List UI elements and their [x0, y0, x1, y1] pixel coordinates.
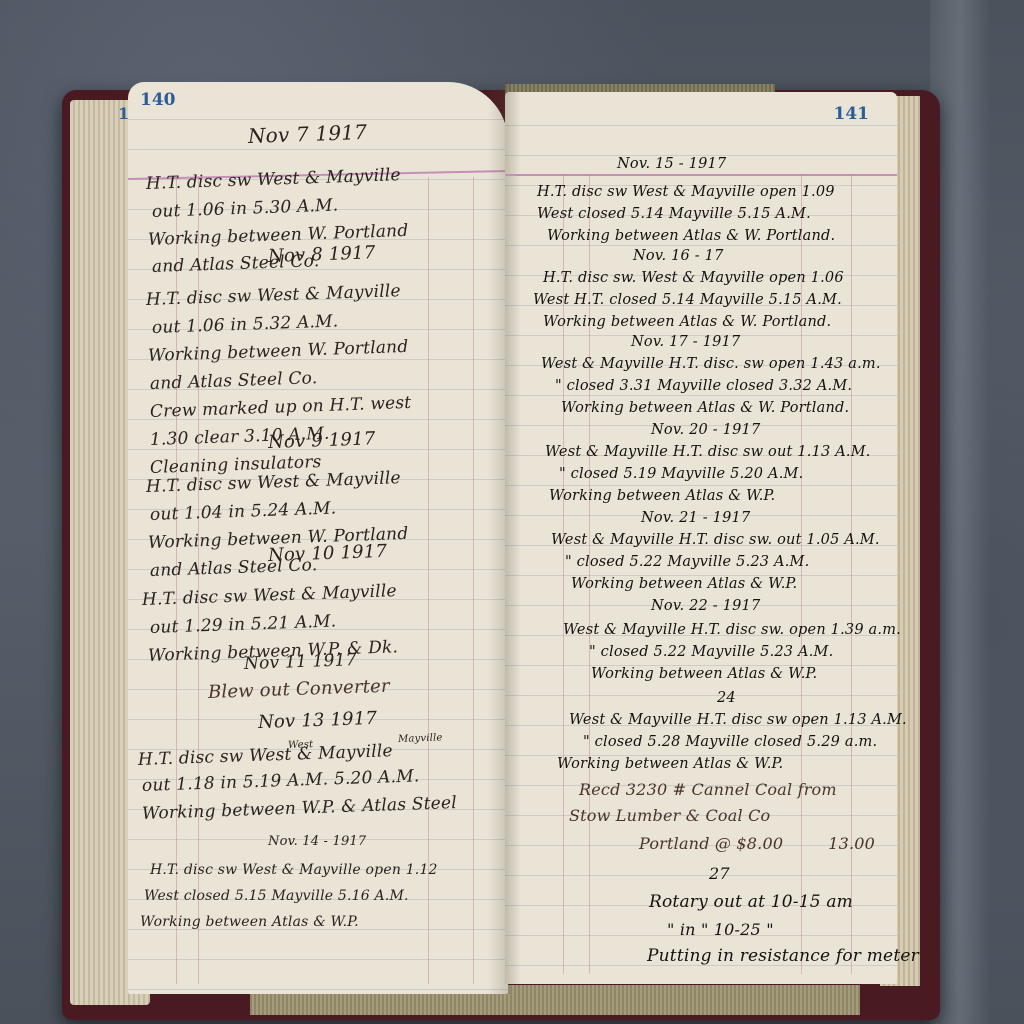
entry-line: out 1.18 in 5.19 A.M. 5.20 A.M.: [142, 766, 420, 796]
entry-line: out 1.06 in 5.30 A.M.: [152, 196, 339, 222]
entry-line: West & Mayville H.T. disc sw. out 1.05 A…: [551, 532, 880, 548]
entry-date: Nov 10 1917: [268, 541, 388, 566]
entry-line: Working between Atlas & W.P.: [140, 914, 359, 930]
entry-date: Nov 7 1917: [248, 120, 368, 148]
entry-line: West & Mayville H.T. disc sw. open 1.39 …: [563, 622, 901, 638]
entry-date: Nov. 15 - 1917: [617, 156, 726, 172]
entry-line: H.T. disc sw West & Mayville: [146, 281, 401, 310]
interlinear-note: Mayville: [398, 732, 443, 745]
entry-line: Working between Atlas & W.P.: [549, 488, 775, 504]
entry-line: Putting in resistance for meter: [647, 946, 919, 966]
entry-line: Working between W.P. & Atlas Steel: [142, 793, 458, 824]
entry-date: Nov. 14 - 1917: [268, 834, 366, 849]
entry-date: 27: [709, 864, 730, 883]
entry-line: " closed 5.22 Mayville 5.23 A.M.: [589, 644, 833, 660]
entry-line: Stow Lumber & Coal Co: [569, 806, 770, 825]
entry-date: Nov 13 1917: [258, 708, 378, 733]
ledger-page-left: 140 Nov 7 1917 H.T. disc sw West & Mayvi…: [128, 82, 508, 994]
entry-date: Nov. 17 - 1917: [631, 334, 740, 350]
entry-date: 24: [717, 690, 736, 706]
entry-line: Working between Atlas & W. Portland.: [543, 314, 831, 330]
entry-line: H.T. disc sw West & Mayville open 1.09: [537, 184, 835, 200]
entry-line: and Atlas Steel Co.: [150, 368, 318, 394]
entry-line: out 1.29 in 5.21 A.M.: [150, 612, 337, 638]
entry-line: West & Mayville H.T. disc sw open 1.13 A…: [569, 712, 907, 728]
entry-line: Recd 3230 # Cannel Coal from: [579, 780, 837, 799]
entry-date: Nov 9 1917: [268, 428, 376, 453]
ledger-page-right: 141 Nov. 15 - 1917 H.T. disc sw West & M…: [505, 92, 897, 984]
entry-line: " closed 5.22 Mayville 5.23 A.M.: [565, 554, 809, 570]
entry-line: " in " 10-25 ": [667, 920, 774, 939]
entry-line: " closed 5.19 Mayville 5.20 A.M.: [559, 466, 803, 482]
entry-date: Nov 8 1917: [268, 242, 376, 267]
entry-line: H.T. disc sw West & Mayville: [146, 165, 401, 194]
entry-line: H.T. disc sw West & Mayville open 1.12: [150, 862, 438, 878]
entry-line: Rotary out at 10-15 am: [649, 892, 853, 912]
entry-line: " closed 5.28 Mayville closed 5.29 a.m.: [583, 734, 877, 750]
amount-rule: [851, 174, 852, 974]
entry-line: Working between Atlas & W.P.: [591, 666, 817, 682]
entry-date: Nov. 16 - 17: [633, 248, 724, 264]
entry-line: West closed 5.14 Mayville 5.15 A.M.: [537, 206, 811, 222]
amount-value: 13.00: [828, 834, 875, 853]
page-number-right: 141: [834, 104, 870, 124]
amount-rule: [473, 177, 474, 984]
interlinear-note: West: [288, 739, 314, 751]
entry-line: West closed 5.15 Mayville 5.16 A.M.: [144, 888, 409, 904]
entry-line: Working between Atlas & W.P.: [557, 756, 783, 772]
entry-date: Nov. 20 - 1917: [651, 422, 760, 438]
entry-line: Portland @ $8.00: [639, 834, 783, 853]
entry-line: West H.T. closed 5.14 Mayville 5.15 A.M.: [533, 292, 842, 308]
entry-line: West & Mayville H.T. disc sw out 1.13 A.…: [545, 444, 871, 460]
entry-line: Working between W. Portland: [148, 337, 409, 366]
entry-line: out 1.04 in 5.24 A.M.: [150, 499, 337, 525]
entry-line: Working between Atlas & W. Portland.: [561, 400, 849, 416]
page-number-left: 140: [140, 90, 176, 110]
entry-date: Nov 11 1917: [244, 650, 357, 674]
entry-line: Working between Atlas & W. Portland.: [547, 228, 835, 244]
entry-line: West & Mayville H.T. disc. sw open 1.43 …: [541, 356, 881, 372]
entry-line: out 1.06 in 5.32 A.M.: [152, 312, 339, 338]
entry-line: H.T. disc sw West & Mayville: [142, 581, 397, 610]
entry-line: Crew marked up on H.T. west: [150, 393, 412, 422]
entry-line: " closed 3.31 Mayville closed 3.32 A.M.: [555, 378, 852, 394]
entry-date: Nov. 22 - 1917: [651, 598, 760, 614]
entry-line: Working between Atlas & W.P.: [571, 576, 797, 592]
entry-line: Blew out Converter: [208, 676, 390, 703]
entry-line: H.T. disc sw. West & Mayville open 1.06: [543, 270, 844, 286]
entry-date: Nov. 21 - 1917: [641, 510, 750, 526]
